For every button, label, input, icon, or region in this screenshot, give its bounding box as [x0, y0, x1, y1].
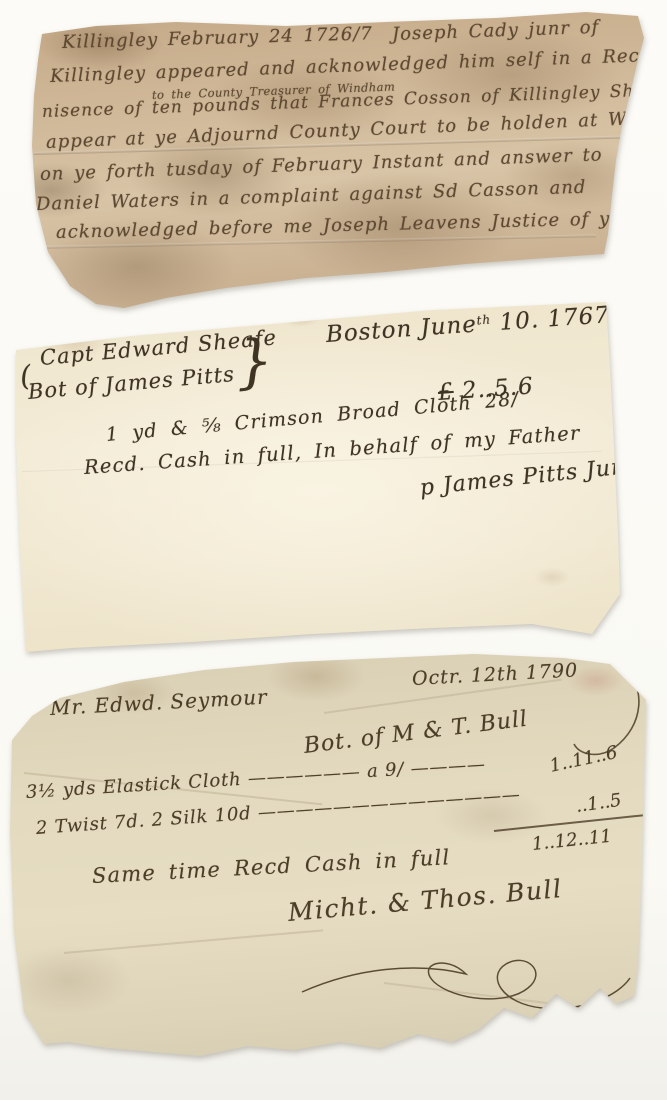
paper-sheet: Octr. 12th 1790 Mr. Edwd. Seymour Bot. o…: [4, 652, 654, 1062]
place-date-text: Boston June: [325, 311, 478, 347]
document-top-recognizance-1726: Killingley February 24 1726/7 Joseph Cad…: [26, 8, 648, 312]
curly-brace: }: [234, 326, 274, 396]
date-superscript: th: [476, 312, 492, 327]
handwritten-line: Joseph Cady junr of: [392, 17, 600, 45]
total-amount: 1..12..11: [531, 826, 613, 855]
document-bottom-bull-receipt-1790: Octr. 12th 1790 Mr. Edwd. Seymour Bot. o…: [4, 652, 654, 1062]
signature: p James Pitts Junr: [419, 453, 639, 501]
date-line: Octr. 12th 1790: [411, 659, 578, 690]
document-middle-boston-receipt-1767: ( Capt Edward Sheafe Bot of James Pitts …: [12, 298, 626, 656]
paper-sheet: Killingley February 24 1726/7 Joseph Cad…: [26, 8, 648, 312]
signature: Micht. & Thos. Bull: [287, 874, 564, 927]
item-amount: ..1..5: [575, 790, 623, 817]
crumple-crease: [64, 929, 323, 954]
handwritten-line: Killingley February 24 1726/7: [62, 23, 373, 53]
paper-sheet: ( Capt Edward Sheafe Bot of James Pitts …: [12, 298, 626, 656]
paper-top-edge-shadow: [40, 2, 636, 16]
scanned-documents-photo: Killingley February 24 1726/7 Joseph Cad…: [0, 0, 667, 1100]
date-text: 10. 1767: [499, 302, 611, 336]
handwritten-line: Daniel Waters in a complaint against Sd …: [36, 177, 587, 215]
place-date-line: Boston Juneth 10. 1767: [325, 302, 611, 348]
received-line: Same time Recd Cash in full: [91, 845, 451, 888]
bought-of-line: Bot. of M & T. Bull: [302, 707, 529, 759]
signature-flourish: [296, 948, 636, 1032]
addressee-name: Mr. Edwd. Seymour: [49, 685, 268, 720]
